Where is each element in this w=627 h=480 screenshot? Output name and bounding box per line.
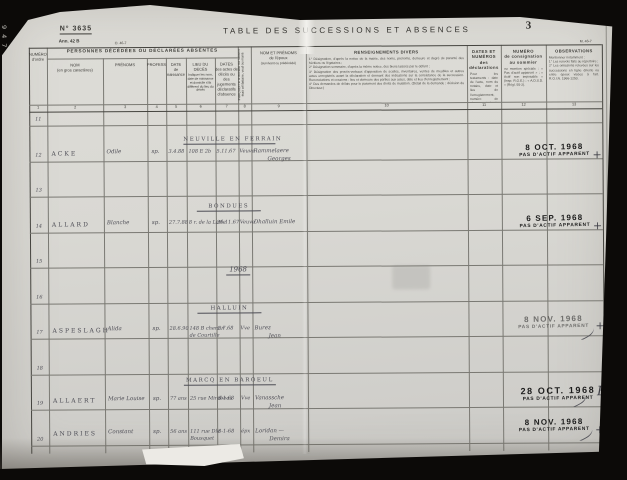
column-number: 5 [166,104,186,108]
entry-surname: ASPESLAGH [53,327,110,334]
entry-act-date: 8-1-68 [218,395,234,401]
entry-spouse: Vanassche [255,395,284,401]
entry-marital-status: Veuve [239,148,254,154]
margin-mark: + [592,148,601,161]
entry-marital-status: Veuve [240,219,255,225]
grid-line [31,335,604,339]
row-number: 17 [32,330,48,336]
grid-line [30,193,603,197]
row-number: 11 [30,117,46,123]
grid-line [147,58,150,453]
page-title: TABLE DES SUCCESSIONS ET ABSENCES [221,25,473,36]
form-reference: O. 46-7 [115,41,127,45]
grid-line [166,58,169,453]
entry-act-date: 8-1-68 [218,428,234,434]
entry-surname: ALLAERT [53,397,96,404]
grid-line [31,406,604,410]
entry-surname: ANDRIES [53,430,97,437]
entry-marital-status: Vve [241,325,250,331]
entry-birthdate: 3.4.88 [168,149,184,155]
grid-line [215,58,218,453]
column-number: 7 [215,104,238,108]
column-header-cell: NOM (en gros caractères) [47,58,103,104]
column-number: 8 [238,104,251,108]
entry-act-date: 2.7.68 [218,325,234,331]
column-label: NUMÉRO de consignation au sommier [501,49,546,65]
entry-birthdate: 28.6.90 [170,326,189,332]
entry-death-place: 108 E 2b [188,149,211,155]
row-number: 15 [31,259,47,265]
entry-spouse: Rammelaere [253,148,288,154]
grid-line [30,264,603,268]
column-label: PRÉNOMS [103,62,147,67]
date-stamp: 8 NOV. 1968PAS D'ACTIF APPARENT [499,416,609,433]
entry-profession: sp. [151,149,159,155]
column-label: RENSEIGNEMENTS DIVERS [306,49,467,55]
column-number: 10 [306,103,467,108]
grid-line [29,108,602,113]
row-number: 18 [32,366,48,372]
column-number: 9 [251,104,306,108]
column-body-text: 1° Désignation, d'après la notice de la … [306,56,467,90]
row-number: 16 [31,295,47,301]
year-note: 1968 [226,265,250,275]
entry-surname: ALLARD [52,221,90,228]
stamp-text: PAS D'ACTIF APPARENT [499,426,609,433]
form-annex: Ann. 42 B [59,38,80,43]
group-header: PERSONNES DÉCÉDÉES OU DÉCLARÉES ABSENTES [47,47,238,53]
entry-spouse-2: Jean [269,403,281,409]
column-header-cell: DATES des actes de décès ou des jugement… [215,57,238,103]
page-number: 3 [526,20,532,32]
entry-act-date: 5.11.67 [216,148,235,154]
document-content: N° 3635 Ann. 42 B O. 46-7 TABLE DES SUCC… [0,0,627,480]
entry-firstname: Marie Louise [108,396,145,402]
column-header-cell: DATES ET NUMÉROS des déclarationsPour le… [467,45,501,102]
row-number: 12 [30,153,46,159]
commune-heading: NEUVILLE EN FERRAIN [183,136,275,145]
column-header-cell: OBSERVATIONSMentionner notamment : 1° Le… [546,44,602,101]
row-number: 13 [31,188,47,194]
grid-line [186,58,189,453]
grid-line [31,371,604,375]
column-label: PROFESSION [147,62,166,67]
entry-surname: ACKE [51,150,77,157]
row-number: 14 [31,224,47,230]
entry-spouse: Loridan — [255,428,284,434]
entry-death-place: 111 rue Dle [190,429,220,435]
entry-spouse: Burez [255,325,271,331]
scanned-register-page: N° 3635 Ann. 42 B O. 46-7 TABLE DES SUCC… [0,0,627,480]
entry-marital-status: épx [241,428,250,434]
fold-crease-long [302,54,311,454]
margin-mark: + [593,219,602,232]
column-header-cell: PROFESSION [147,58,166,104]
column-label: NUMÉRO d'ordre [29,52,47,62]
column-header-cell: PRÉNOMS [103,58,147,104]
print-reference: M. 46-7 [580,39,592,43]
entry-marital-status: Vve [241,395,250,401]
column-label: DATES ET NUMÉROS des déclarations [467,49,501,70]
entry-spouse: Dhalluin Emile [254,219,295,225]
grid-line [30,300,603,304]
row-number: 19 [32,401,48,407]
entry-firstname: Alida [108,326,122,332]
column-number: 6 [186,104,215,108]
commune-heading: HALLUIN [197,305,261,313]
entry-act-date: 26.11.67 [217,219,239,225]
column-header-cell: RENSEIGNEMENTS DIVERS1° Désignation, d'a… [306,45,467,103]
column-number: 1 [29,105,47,109]
entry-profession: sp. [153,326,161,332]
grid-line [30,229,603,233]
column-sublabel: Indiquer les nom, date de naissance et d… [186,74,215,93]
column-header-cell: DATE de naissance [166,58,186,104]
entry-death-place-2: de Courtille [190,333,220,339]
entry-birthdate: 56 ans [170,429,187,435]
column-body-text: Mentionner notamment : 1° Les renvois fa… [546,55,602,80]
entry-birthdate: 77 ans [170,396,187,402]
column-label: DATES des actes de décès ou des jugement… [215,61,238,96]
entry-profession: sp. [153,396,161,402]
column-header-cell: NOM ET PRÉNOMS de l'époux(survivant ou p… [251,46,306,103]
grid-line [30,158,603,162]
column-number: 11 [467,102,501,106]
entry-firstname: Constant [108,429,133,435]
column-label: LIEU DU DÉCÈS [186,62,215,72]
column-header-cell: INDIQUER si le décédé ou l'absent était … [238,46,251,103]
column-body-text: Pour les testaments : date de l'acte, no… [467,72,501,102]
column-label: INDIQUER si le décédé ou l'absent était … [238,46,251,103]
column-label: NOM (en gros caractères) [47,62,103,72]
column-sublabel: (survivant ou prédécédé) [251,62,306,66]
column-number: 3 [103,104,147,108]
grid-line [103,58,106,453]
form-number: N° 3635 [60,25,92,34]
column-number: 4 [147,104,166,108]
grid-line [29,122,602,126]
entry-profession: sp. [152,220,160,226]
entry-birthdate: 27.7.88 [169,220,188,226]
entry-spouse-2: Jean [269,333,281,339]
column-label: OBSERVATIONS [546,48,602,54]
column-number: 2 [47,105,103,109]
entry-firstname: Odile [106,149,121,155]
entry-firstname: Blanche [107,220,130,226]
entry-profession: sp. [153,429,161,435]
column-body-text: ou mention spéciale : « Pas d'actif appa… [501,66,546,87]
column-number: 12 [501,102,546,106]
commune-heading: MARCQ EN BAROEUL [184,377,276,386]
faded-stamp-smudge [392,265,430,289]
column-number: 13 [546,102,602,106]
commune-heading: BONDUES [197,203,261,211]
column-header-cell: LIEU DU DÉCÈSIndiquer les nom, date de n… [186,58,215,104]
column-header-cell: NUMÉRO de consignation au sommierou ment… [501,45,546,102]
entry-spouse-2: Georges [267,156,290,162]
column-label: DATE de naissance [166,62,186,77]
column-header-cell: NUMÉRO d'ordre [29,48,47,105]
edge-handwritten-digits: 947 [0,25,8,52]
